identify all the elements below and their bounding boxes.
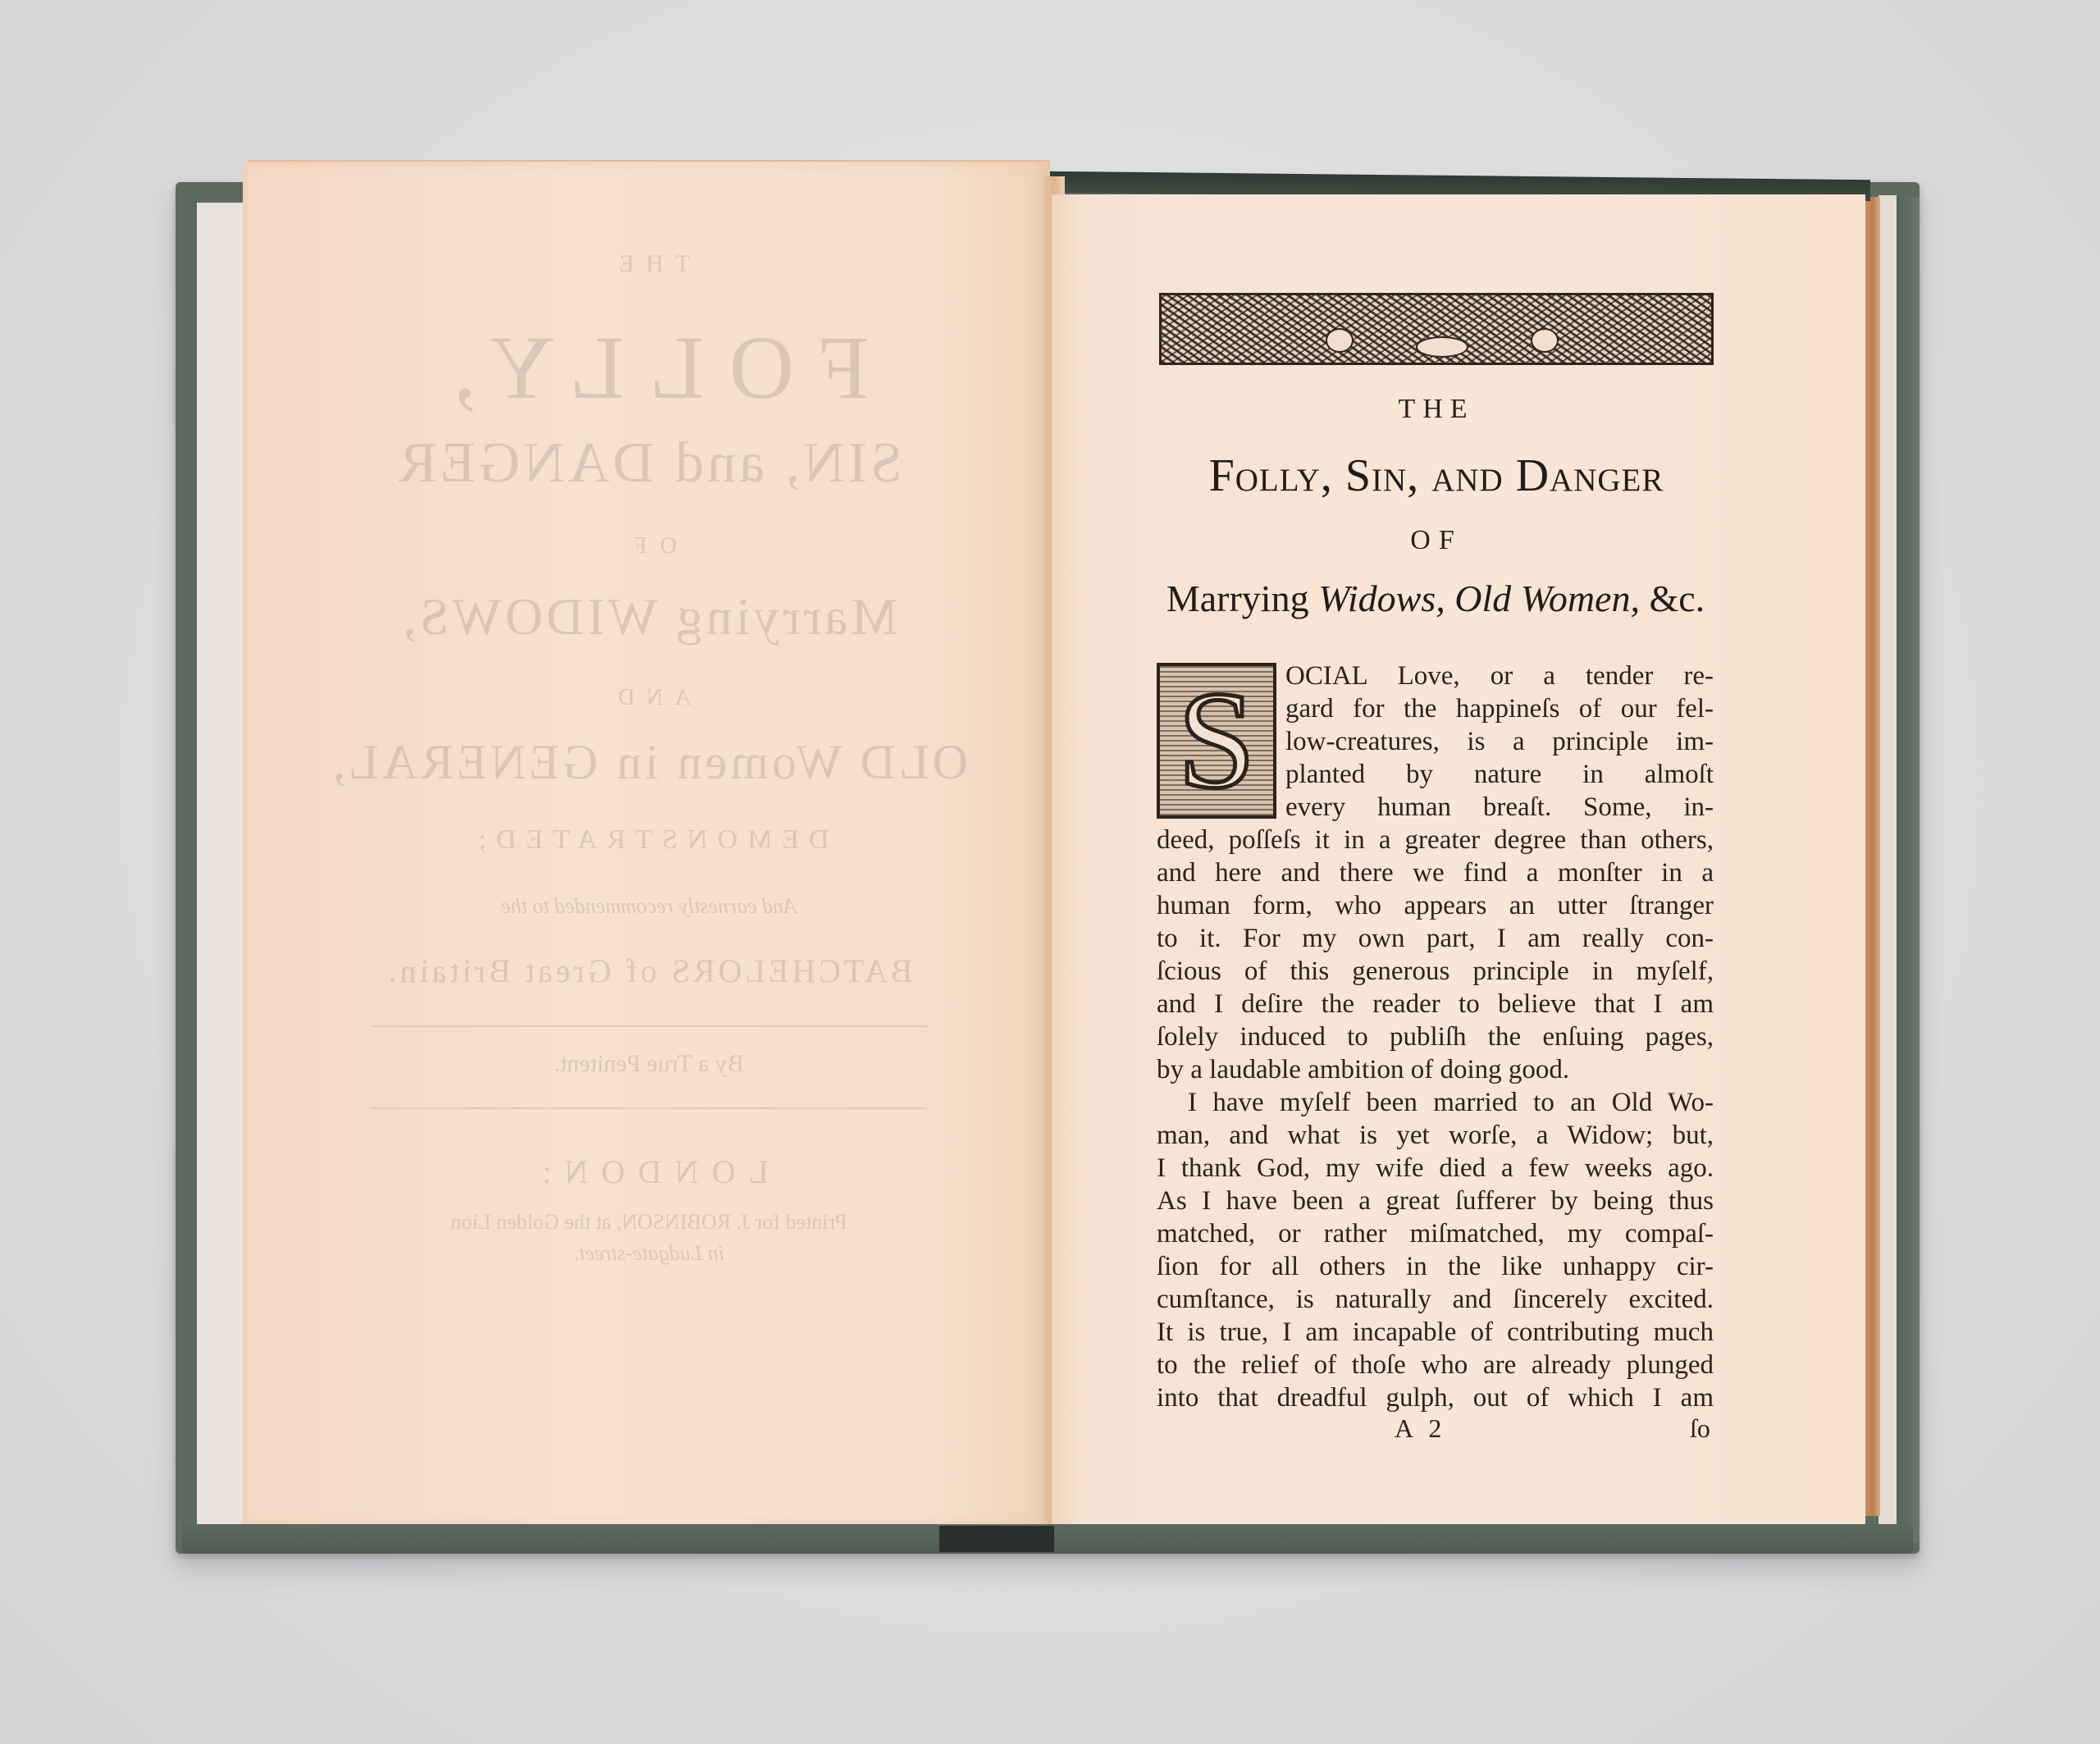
ghost-sin-danger: SIN, and DANGER [248,431,1050,496]
body-line: cumſtance, is naturally and ſincerely ex… [1157,1285,1714,1315]
body-line: by a laudable ambition of doing good. [1157,1055,1714,1085]
title-marrying: Marrying [1166,578,1318,619]
body-line: man, and what is yet worſe, a Widow; but… [1157,1121,1714,1151]
body-line: ſion for all others in the like unhappy … [1157,1252,1714,1282]
ghost-the: THE [248,250,1050,278]
drop-cap-letter: S [1160,663,1273,819]
ornamental-headpiece [1159,293,1714,365]
body-line: deed, poſſeſs it in a greater degree tha… [1157,825,1714,856]
ghost-of: OF [248,533,1050,559]
page-fore-edge [1865,197,1880,1516]
body-line: low-creatures, is a principle im- [1285,727,1714,757]
body-line: to the relief of thoſe who are already p… [1157,1350,1714,1381]
catchword: ſo [1690,1413,1710,1444]
ghost-rule-2 [371,1107,927,1109]
headpiece-ornament [1416,336,1468,358]
spine-bottom [939,1526,1054,1552]
body-line: ſolely induced to publiſh the enſuing pa… [1157,1022,1714,1052]
ghost-imprint-1: Printed for J. ROBINSON, at the Golden L… [248,1210,1050,1235]
body-line: into that dreadful gulph, out of which I… [1157,1383,1714,1413]
body-line: I thank God, my wife died a few weeks ag… [1157,1153,1714,1184]
drop-cap-woodcut: S [1157,663,1276,819]
body-line: and I deſire the reader to believe that … [1157,989,1714,1020]
title-widows: Widows, [1318,578,1445,619]
ghost-old-women: OLD Women in GENERAL, [248,734,1050,791]
ghost-folly: FOLLY, [248,316,1050,420]
ghost-batchelors: BATCHELORS of Great Britain. [248,952,1050,990]
headpiece-ornament [1326,328,1354,353]
headpiece-ornament [1531,328,1559,353]
title-subject: Marrying Widows, Old Women, &c. [1157,577,1714,620]
body-line: I have myſelf been married to an Old Wo- [1188,1088,1714,1118]
body-line: to it. For my own part, I am really con- [1157,924,1714,954]
ghost-rule-1 [371,1025,927,1027]
body-line: gard for the happineſs of our fel- [1285,694,1714,724]
title-main: Folly, Sin, and Danger [1155,450,1718,502]
body-line: OCIAL Love, or a tender re- [1285,661,1714,692]
title-old-women: Old Women, [1445,578,1640,619]
title-of: OF [1159,525,1714,556]
ghost-london: LONDON: [248,1153,1050,1191]
body-line: As I have been a great ſufferer by being… [1157,1186,1714,1217]
body-line: human form, who appears an utter ſtrange… [1157,891,1714,921]
body-line: every human breaſt. Some, in- [1285,792,1714,823]
body-line: planted by nature in almoſt [1285,760,1714,790]
title-etc: &c. [1640,578,1705,619]
show-through-text: THE FOLLY, SIN, and DANGER OF Marrying W… [248,160,1050,1526]
ghost-demonstrated: DEMONSTRATED; [248,824,1050,856]
pastedown-right [1879,195,1897,1528]
body-line: and here and there we find a monſter in … [1157,858,1714,888]
body-line: ſcious of this generous principle in myſ… [1157,956,1714,987]
body-line: It is true, I am incapable of contributi… [1157,1317,1714,1348]
ghost-and: AND [248,685,1050,711]
ghost-by: By a True Penitent. [248,1050,1050,1078]
ghost-marrying-widows: Marrying WIDOWS, [248,587,1050,647]
signature-mark: A 2 [1395,1413,1446,1444]
body-line: matched, or rather miſmatched, my compaſ… [1157,1219,1714,1249]
ghost-imprint-2: in Ludgate-street. [248,1241,1050,1266]
title-the: THE [1159,394,1714,425]
ghost-recommended: And earnestly recommended to the [248,894,1050,919]
